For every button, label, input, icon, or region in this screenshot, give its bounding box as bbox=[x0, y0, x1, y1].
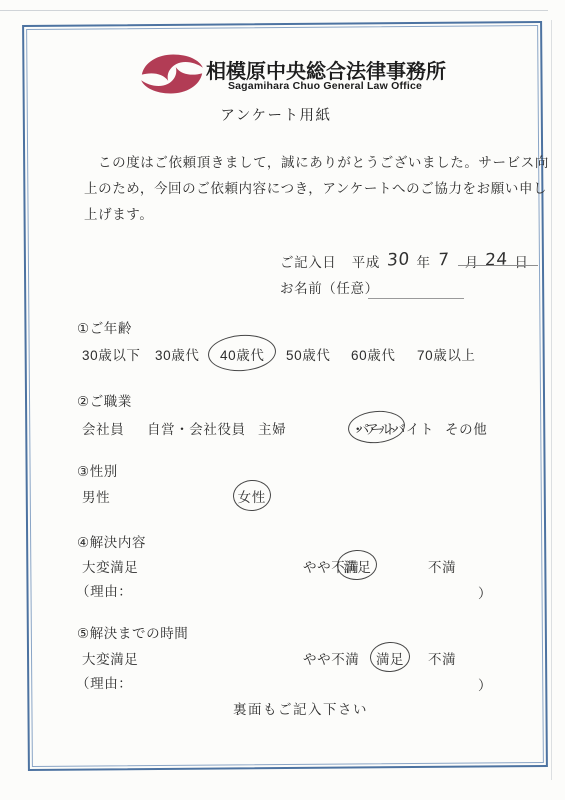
option-age-under30: 30歳以下 bbox=[82, 344, 141, 364]
question-2-title: ②ご職業 bbox=[77, 390, 132, 410]
handwritten-month-value: 7 bbox=[437, 250, 449, 271]
q5-reason-open: （理由： bbox=[76, 672, 132, 692]
law-office-swirl-logo-icon bbox=[140, 52, 204, 96]
day-unit: 日 bbox=[514, 255, 528, 270]
question-1-number: ① bbox=[77, 321, 90, 336]
question-4-number: ④ bbox=[77, 535, 90, 550]
option-q5-very-satisfied: 大変満足 bbox=[82, 648, 138, 668]
scan-artifact-right-line bbox=[551, 20, 552, 780]
handwritten-day-value: 24 bbox=[485, 249, 509, 270]
name-underline bbox=[368, 298, 464, 299]
scanned-questionnaire-page: 相模原中央総合法律事務所 Sagamihara Chuo General Law… bbox=[0, 0, 565, 800]
option-q4-somewhat-dissatisfied: やや不満 bbox=[303, 556, 359, 576]
option-q5-satisfied-circled: 満足 bbox=[376, 648, 404, 668]
option-other: その他 bbox=[445, 418, 487, 438]
scan-artifact-top-line bbox=[0, 10, 548, 11]
form-title: アンケート用紙 bbox=[0, 104, 552, 125]
fill-date-row: ご記入日 平成 30 年 7 月 24 日 bbox=[280, 251, 529, 272]
option-male: 男性 bbox=[82, 486, 110, 506]
option-q5-somewhat-dissatisfied: やや不満 bbox=[303, 648, 359, 668]
option-age-over70: 70歳以上 bbox=[417, 344, 476, 364]
question-5-title: ⑤解決までの時間 bbox=[77, 622, 188, 642]
option-age-30s: 30歳代 bbox=[155, 344, 199, 364]
option-q4-dissatisfied: 不満 bbox=[428, 556, 456, 576]
org-name-english: Sagamihara Chuo General Law Office bbox=[206, 80, 444, 92]
year-unit: 年 bbox=[417, 255, 431, 270]
q4-reason-open: （理由： bbox=[76, 580, 132, 600]
question-4-title: ④解決内容 bbox=[77, 531, 146, 551]
q5-reason-close: ） bbox=[478, 674, 492, 694]
option-q5-dissatisfied: 不満 bbox=[428, 648, 456, 668]
footer-note: 裏面もご記入下さい bbox=[233, 698, 368, 718]
question-1-title: ①ご年齢 bbox=[77, 317, 132, 337]
option-age-60s: 60歳代 bbox=[351, 344, 395, 364]
date-underline bbox=[458, 265, 538, 266]
option-arbeit: ・アルバイト bbox=[351, 418, 434, 438]
question-2-number: ② bbox=[77, 394, 90, 409]
question-5-number: ⑤ bbox=[77, 626, 90, 641]
month-unit: 月 bbox=[465, 255, 479, 270]
era-label: 平成 bbox=[352, 255, 380, 270]
option-self-employed: 自営・会社役員 bbox=[147, 418, 246, 438]
occupation-separator: ・ bbox=[351, 422, 365, 437]
intro-line-1: この度はご依頼頂きまして，誠にありがとうございました。サービス向 bbox=[84, 151, 549, 171]
option-company-employee: 会社員 bbox=[82, 418, 124, 438]
intro-line-3: 上げます。 bbox=[84, 203, 153, 223]
intro-line-2: 上のため，今回のご依頼内容につき，アンケートへのご協力をお願い申し bbox=[84, 177, 547, 197]
handwritten-year-value: 30 bbox=[387, 249, 411, 270]
option-age-50s: 50歳代 bbox=[286, 344, 330, 364]
option-age-40s-circled: 40歳代 bbox=[220, 344, 264, 364]
date-label: ご記入日 bbox=[280, 255, 336, 270]
option-housewife: 主婦 bbox=[258, 418, 286, 438]
question-3-title: ③性別 bbox=[77, 460, 118, 480]
option-female-circled: 女性 bbox=[238, 486, 266, 506]
q4-reason-close: ） bbox=[478, 582, 492, 602]
question-3-number: ③ bbox=[77, 464, 90, 479]
name-label: お名前（任意） bbox=[280, 277, 379, 297]
option-q4-very-satisfied: 大変満足 bbox=[82, 556, 138, 576]
